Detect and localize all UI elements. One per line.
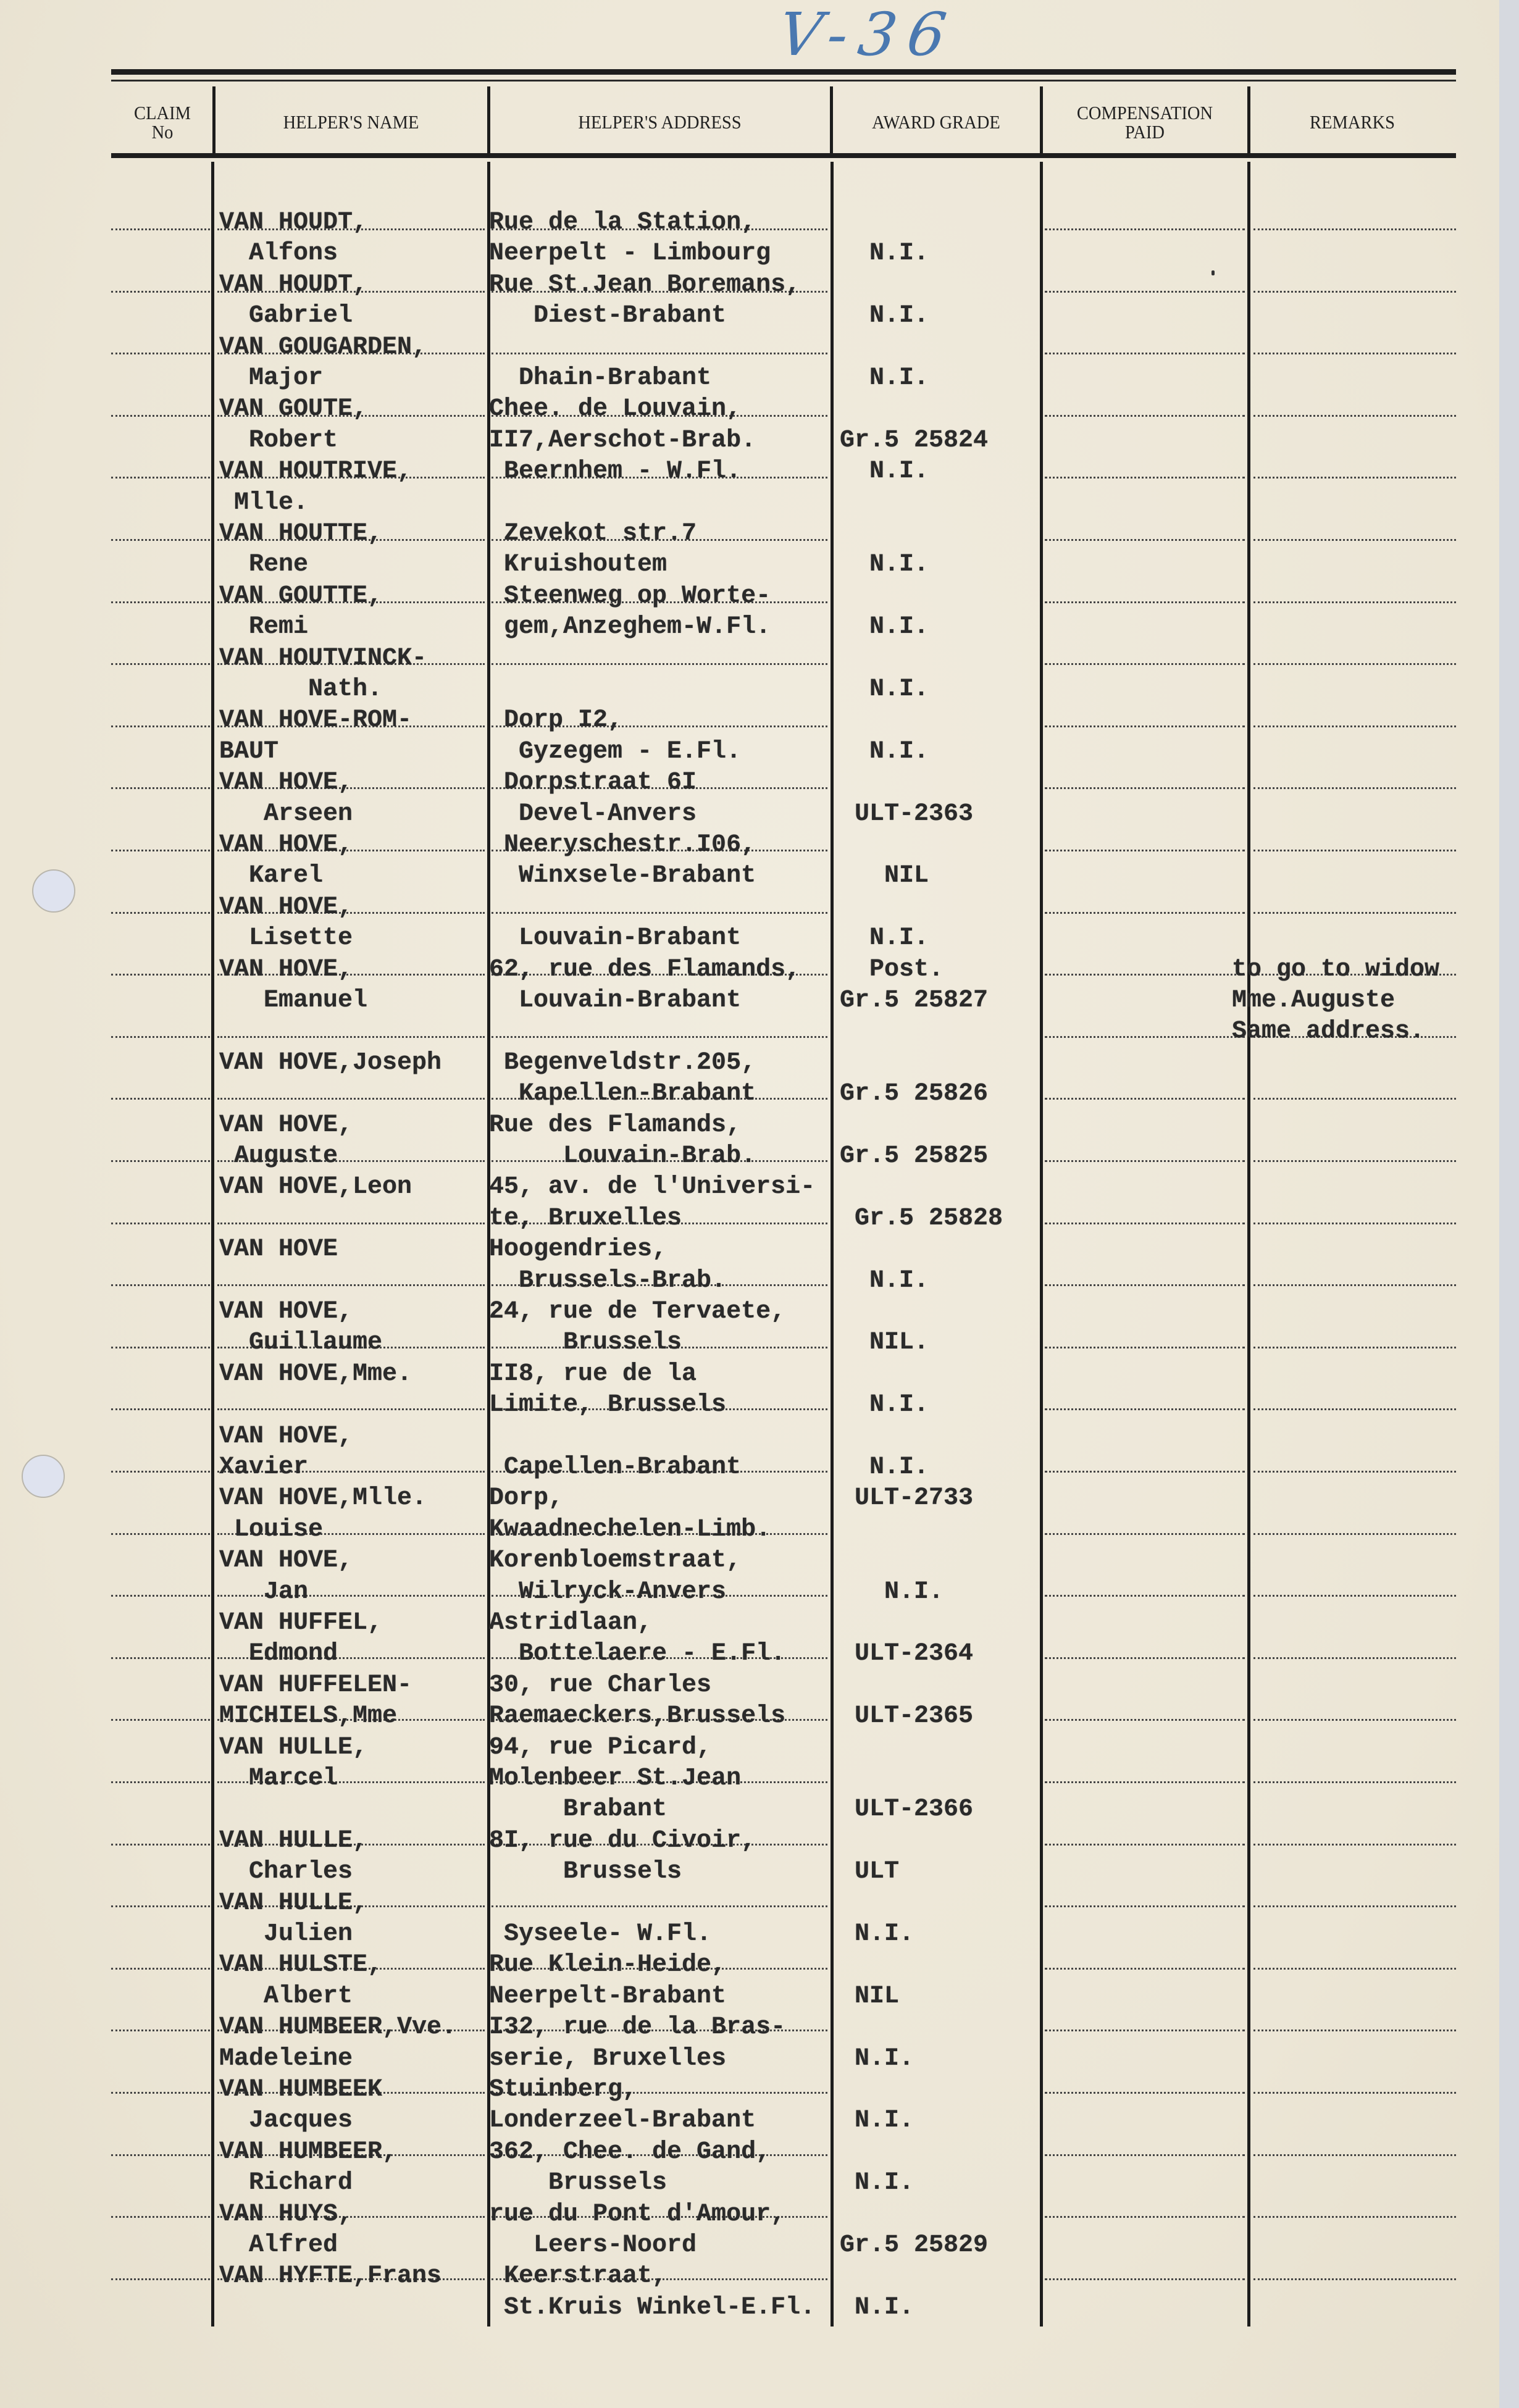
dotted-rule	[217, 1223, 485, 1224]
page-edge	[1499, 0, 1519, 2408]
table-cell-name: VAN HUMBEER,	[219, 2137, 397, 2168]
table-cell-award: N.I.	[840, 456, 929, 487]
dotted-rule	[1253, 1347, 1456, 1348]
dotted-rule	[1045, 2092, 1245, 2094]
table-cell-name: VAN HOUTRIVE,	[219, 456, 412, 487]
dotted-rule	[1045, 1408, 1245, 1410]
table-cell-award: Gr.5 25828	[840, 1203, 1003, 1234]
binder-hole	[32, 869, 75, 913]
dotted-rule	[1253, 291, 1456, 293]
dotted-rule	[1045, 850, 1245, 851]
table-cell-name: Mlle.	[219, 488, 308, 519]
table-cell-name: VAN HULLE,	[219, 1888, 367, 1919]
table-cell-name: VAN GOUGARDEN,	[219, 332, 427, 363]
dotted-rule	[111, 974, 210, 976]
dotted-rule	[1045, 2154, 1245, 2156]
table-cell-name: Edmond	[219, 1639, 338, 1670]
dotted-rule	[111, 1471, 210, 1473]
dotted-rule	[1253, 1968, 1456, 1970]
dotted-rule	[111, 1719, 210, 1721]
table-cell-address: Rue St.Jean Boremans,	[489, 270, 800, 301]
column-divider-compensation	[1040, 162, 1043, 2326]
ink-mark	[1211, 270, 1215, 275]
table-cell-address: 8I, rue du Civoir,	[489, 1826, 756, 1857]
dotted-rule	[1253, 1657, 1456, 1659]
table-cell-award: N.I.	[840, 301, 929, 332]
table-cell-address: Louvain-Brabant	[489, 923, 741, 954]
dotted-rule	[111, 850, 210, 851]
dotted-rule	[111, 1844, 210, 1846]
table-cell-address: Astridlaan,	[489, 1608, 652, 1639]
table-cell-name: Nath.	[219, 674, 382, 705]
document-page: V-36 CLAIM No HELPER'S NAME HELPER'S ADD…	[0, 0, 1519, 2408]
dotted-rule	[1045, 1098, 1245, 1100]
dotted-rule	[1253, 850, 1456, 851]
table-cell-name: VAN HUFFELEN-	[219, 1670, 412, 1701]
header-top-thin-rule	[111, 80, 1456, 82]
table-cell-address: Brussels-Brab.	[489, 1266, 726, 1297]
table-cell-name: VAN HOVE	[219, 1234, 338, 1265]
table-cell-address: Raemaeckers,Brussels	[489, 1701, 785, 1732]
table-cell-name: VAN HOVE,	[219, 1421, 353, 1452]
dotted-rule	[1045, 1719, 1245, 1721]
table-cell-address: Gyzegem - E.Fl.	[489, 737, 741, 767]
table-cell-name: VAN HOVE,	[219, 830, 353, 861]
table-cell-award: Gr.5 25826	[840, 1079, 988, 1110]
table-cell-name: Jacques	[219, 2105, 353, 2136]
table-cell-award: N.I.	[840, 612, 929, 643]
table-cell-award: NIL	[840, 1981, 899, 2012]
dotted-rule	[111, 1284, 210, 1286]
column-divider-remarks	[1247, 162, 1250, 2326]
column-header-remarks: REMARKS	[1257, 93, 1447, 151]
column-header-helpers-name: HELPER'S NAME	[225, 93, 477, 151]
table-cell-name: VAN GOUTE,	[219, 394, 367, 425]
table-cell-address: 362, Chee. de Gand,	[489, 2137, 771, 2168]
table-cell-award: Gr.5 25829	[840, 2230, 988, 2261]
dotted-rule	[1045, 539, 1245, 541]
table-cell-name: Karel	[219, 861, 323, 892]
dotted-rule	[1045, 1533, 1245, 1535]
dotted-rule	[111, 787, 210, 789]
table-cell-address: serie, Bruxelles	[489, 2044, 726, 2075]
table-cell-address: Keerstraat,	[489, 2261, 667, 2292]
dotted-rule	[217, 1036, 485, 1038]
table-cell-name: VAN HOVE,	[219, 1545, 353, 1576]
table-cell-name: Marcel	[219, 1763, 338, 1794]
header-divider	[212, 86, 216, 153]
dotted-rule	[1045, 787, 1245, 789]
dotted-rule	[1045, 663, 1245, 665]
table-cell-address: Stuinberg,	[489, 2075, 637, 2105]
table-cell-address: Hoogendries,	[489, 1234, 667, 1265]
table-cell-address: Dorp I2,	[489, 705, 622, 736]
column-header-compensation-paid: COMPENSATION PAID	[1049, 93, 1240, 151]
table-cell-address: Syseele- W.Fl.	[489, 1919, 711, 1950]
dotted-rule	[217, 1408, 485, 1410]
dotted-rule	[1045, 725, 1245, 727]
table-cell-address: Louvain-Brabant	[489, 985, 741, 1016]
table-cell-award: N.I.	[840, 737, 929, 767]
table-cell-name: VAN HULLE,	[219, 1733, 367, 1763]
table-cell-name: VAN HOVE,Mlle.	[219, 1483, 427, 1514]
table-cell-address: Rue des Flamands,	[489, 1110, 741, 1141]
table-cell-remarks: to go to widow	[1232, 955, 1439, 985]
header-divider	[830, 86, 833, 153]
dotted-rule	[492, 912, 827, 914]
dotted-rule	[492, 1905, 827, 1907]
table-cell-address: Leers-Noord	[489, 2230, 697, 2261]
table-cell-address: Steenweg op Worte-	[489, 581, 771, 612]
table-cell-address: Diest-Brabant	[489, 301, 726, 332]
table-cell-name: Rene	[219, 550, 308, 580]
table-cell-award: N.I.	[840, 1452, 929, 1483]
dotted-rule	[111, 1347, 210, 1348]
dotted-rule	[1253, 2092, 1456, 2094]
dotted-rule	[111, 725, 210, 727]
dotted-rule	[1045, 2216, 1245, 2218]
table-cell-award: N.I.	[840, 363, 929, 394]
table-cell-name: VAN HUMBEEK	[219, 2075, 382, 2105]
header-divider	[1040, 86, 1043, 153]
dotted-rule	[111, 539, 210, 541]
table-cell-award: ULT-2364	[840, 1639, 973, 1670]
dotted-rule	[111, 663, 210, 665]
dotted-rule	[111, 2030, 210, 2031]
table-cell-name: Xavier	[219, 1452, 308, 1483]
dotted-rule	[1253, 2154, 1456, 2156]
table-cell-award: N.I.	[840, 674, 929, 705]
dotted-rule	[111, 1036, 210, 1038]
table-cell-address: Rue de la Station,	[489, 207, 756, 238]
dotted-rule	[1253, 353, 1456, 354]
table-cell-address: Kapellen-Brabant	[489, 1079, 756, 1110]
table-cell-name: VAN GOUTTE,	[219, 581, 382, 612]
dotted-rule	[1045, 1844, 1245, 1846]
table-cell-address: Dorpstraat 6I	[489, 767, 697, 798]
table-cell-address: rue du Pont d'Amour,	[489, 2199, 785, 2230]
dotted-rule	[1045, 2030, 1245, 2031]
dotted-rule	[1253, 2030, 1456, 2031]
dotted-rule	[1045, 1781, 1245, 1783]
dotted-rule	[111, 601, 210, 603]
table-cell-address: Devel-Anvers	[489, 799, 697, 830]
table-cell-name: Remi	[219, 612, 308, 643]
table-cell-name: VAN HOVE,Leon	[219, 1172, 412, 1203]
dotted-rule	[111, 2278, 210, 2280]
dotted-rule	[1045, 1347, 1245, 1348]
dotted-rule	[1253, 725, 1456, 727]
table-cell-award: N.I.	[840, 2168, 914, 2199]
table-cell-name: VAN HUYS,	[219, 2199, 353, 2230]
dotted-rule	[1045, 1160, 1245, 1162]
table-cell-award: Gr.5 25825	[840, 1141, 988, 1172]
table-cell-name: BAUT	[219, 737, 278, 767]
column-header-helpers-address: HELPER'S ADDRESS	[502, 93, 818, 151]
dotted-rule	[111, 2216, 210, 2218]
dotted-rule	[1045, 1905, 1245, 1907]
table-cell-name: VAN HOVE-ROM-	[219, 705, 412, 736]
table-cell-address: te, Bruxelles	[489, 1203, 682, 1234]
table-cell-address: Limite, Brussels	[489, 1390, 726, 1421]
table-cell-address: Wilryck-Anvers	[489, 1577, 726, 1608]
table-cell-name: VAN HOUTVINCK-	[219, 643, 427, 674]
table-cell-address: Zevekot str.7	[489, 519, 697, 550]
dotted-rule	[1253, 1595, 1456, 1597]
table-cell-address: II7,Aerschot-Brab.	[489, 425, 756, 456]
table-cell-address: 30, rue Charles	[489, 1670, 711, 1701]
dotted-rule	[1253, 1781, 1456, 1783]
table-cell-award: N.I.	[840, 1577, 944, 1608]
table-cell-address: I32, rue de la Bras-	[489, 2012, 785, 2043]
table-cell-address: Molenbeer St.Jean	[489, 1763, 741, 1794]
table-cell-address: Louvain-Brab.	[489, 1141, 756, 1172]
dotted-rule	[1045, 291, 1245, 293]
dotted-rule	[111, 2154, 210, 2156]
dotted-rule	[111, 1968, 210, 1970]
dotted-rule	[1253, 415, 1456, 417]
dotted-rule	[1045, 1657, 1245, 1659]
dotted-rule	[111, 1533, 210, 1535]
dotted-rule	[111, 1781, 210, 1783]
table-cell-address: 62, rue des Flamands,	[489, 955, 800, 985]
table-cell-name: Auguste	[219, 1141, 338, 1172]
dotted-rule	[1045, 1968, 1245, 1970]
dotted-rule	[111, 912, 210, 914]
table-cell-name: Gabriel	[219, 301, 353, 332]
table-cell-address: gem,Anzeghem-W.Fl.	[489, 612, 771, 643]
table-cell-address: Dorp,	[489, 1483, 563, 1514]
dotted-rule	[1253, 228, 1456, 230]
dotted-rule	[1045, 912, 1245, 914]
dotted-rule	[492, 1036, 827, 1038]
table-cell-award: N.I.	[840, 2044, 914, 2075]
table-cell-name: Emanuel	[219, 985, 367, 1016]
table-cell-address: II8, rue de la	[489, 1359, 697, 1390]
table-cell-name: Arseen	[219, 799, 353, 830]
dotted-rule	[1045, 1471, 1245, 1473]
dotted-rule	[217, 1098, 485, 1100]
table-cell-address: Korenbloemstraat,	[489, 1545, 741, 1576]
dotted-rule	[111, 1657, 210, 1659]
table-cell-award: ULT-2363	[840, 799, 973, 830]
table-cell-award: NIL.	[840, 1327, 929, 1358]
table-cell-address: Kruishoutem	[489, 550, 667, 580]
dotted-rule	[1045, 1036, 1245, 1038]
table-cell-award: ULT-2365	[840, 1701, 973, 1732]
dotted-rule	[1045, 1284, 1245, 1286]
dotted-rule	[111, 1905, 210, 1907]
table-cell-award: N.I.	[840, 238, 929, 269]
table-cell-award: N.I.	[840, 1919, 914, 1950]
table-cell-name: VAN HOUDT,	[219, 270, 367, 301]
table-cell-address: 24, rue de Tervaete,	[489, 1297, 785, 1327]
column-divider-name	[211, 162, 214, 2326]
table-cell-address: Neeryschestr.I06,	[489, 830, 756, 861]
table-cell-award: ULT-2733	[840, 1483, 973, 1514]
dotted-rule	[111, 1595, 210, 1597]
table-cell-address: Kwaadnechelen-Limb.	[489, 1515, 771, 1545]
table-cell-address: 94, rue Picard,	[489, 1733, 711, 1763]
dotted-rule	[1045, 228, 1245, 230]
dotted-rule	[111, 1223, 210, 1224]
dotted-rule	[1045, 2278, 1245, 2280]
table-cell-address: Neerpelt - Limbourg	[489, 238, 771, 269]
table-cell-address: 45, av. de l'Universi-	[489, 1172, 815, 1203]
table-cell-name: VAN HULLE,	[219, 1826, 367, 1857]
table-cell-name: VAN HOVE,Joseph	[219, 1048, 441, 1079]
table-cell-address: St.Kruis Winkel-E.Fl.	[489, 2293, 815, 2323]
dotted-rule	[1253, 601, 1456, 603]
table-cell-address: Begenveldstr.205,	[489, 1048, 756, 1079]
table-cell-name: Alfons	[219, 238, 338, 269]
dotted-rule	[111, 1098, 210, 1100]
dotted-rule	[1253, 787, 1456, 789]
dotted-rule	[1253, 1284, 1456, 1286]
table-cell-award: NIL	[840, 861, 929, 892]
table-cell-award: N.I.	[840, 1390, 929, 1421]
table-cell-award: ULT	[840, 1857, 899, 1888]
table-cell-name: Albert	[219, 1981, 353, 2012]
table-cell-name: VAN HULSTE,	[219, 1950, 382, 1981]
table-cell-name: VAN HOUDT,	[219, 207, 367, 238]
dotted-rule	[111, 291, 210, 293]
header-divider	[487, 86, 490, 153]
table-cell-award: Gr.5 25827	[840, 985, 988, 1016]
table-cell-name: Jan	[219, 1577, 308, 1608]
table-cell-address: Capellen-Brabant	[489, 1452, 741, 1483]
table-cell-award: Gr.5 25824	[840, 425, 988, 456]
table-cell-remarks: Mme.Auguste	[1232, 985, 1395, 1016]
header-divider	[1247, 86, 1250, 153]
binder-hole	[22, 1455, 65, 1498]
table-cell-name: VAN HOUTTE,	[219, 519, 382, 550]
table-cell-name: Major	[219, 363, 323, 394]
column-header-claim-no: CLAIM No	[115, 93, 210, 151]
dotted-rule	[1253, 1408, 1456, 1410]
dotted-rule	[111, 1160, 210, 1162]
table-cell-award: Post.	[840, 955, 944, 985]
dotted-rule	[111, 415, 210, 417]
table-cell-award: N.I.	[840, 1266, 929, 1297]
dotted-rule	[492, 353, 827, 354]
dotted-rule	[1045, 1595, 1245, 1597]
table-cell-name: VAN HUMBEER,Vve.	[219, 2012, 456, 2043]
table-cell-name: Julien	[219, 1919, 353, 1950]
dotted-rule	[1045, 601, 1245, 603]
table-cell-name: Guillaume	[219, 1327, 382, 1358]
table-cell-award: N.I.	[840, 550, 929, 580]
dotted-rule	[1253, 539, 1456, 541]
dotted-rule	[492, 663, 827, 665]
table-cell-name: VAN HOVE,	[219, 1110, 353, 1141]
table-cell-address: Chee. de Louvain,	[489, 394, 741, 425]
dotted-rule	[1253, 477, 1456, 479]
dotted-rule	[111, 1408, 210, 1410]
table-cell-name: VAN HYFTE,Frans	[219, 2261, 441, 2292]
dotted-rule	[1253, 912, 1456, 914]
table-cell-award: ULT-2366	[840, 1794, 973, 1825]
table-cell-name: VAN HOVE,	[219, 892, 353, 923]
table-cell-name: VAN HOVE,	[219, 767, 353, 798]
table-cell-name: Lisette	[219, 923, 353, 954]
dotted-rule	[111, 2092, 210, 2094]
dotted-rule	[1253, 1719, 1456, 1721]
dotted-rule	[1045, 415, 1245, 417]
table-cell-address: Winxsele-Brabant	[489, 861, 756, 892]
dotted-rule	[1253, 663, 1456, 665]
table-cell-name: VAN HUFFEL,	[219, 1608, 382, 1639]
table-cell-address: Brussels	[489, 1327, 682, 1358]
table-cell-name: VAN HOVE,	[219, 1297, 353, 1327]
table-cell-name: Louise	[219, 1515, 323, 1545]
table-cell-name: Madeleine	[219, 2044, 353, 2075]
table-cell-name: Richard	[219, 2168, 353, 2199]
column-header-award-grade: AWARD GRADE	[840, 93, 1033, 151]
table-cell-name: Charles	[219, 1857, 353, 1888]
dotted-rule	[1253, 1471, 1456, 1473]
table-cell-award: N.I.	[840, 2293, 914, 2323]
table-cell-address: Beernhem - W.Fl.	[489, 456, 741, 487]
table-cell-address: Bottelaere - E.Fl.	[489, 1639, 785, 1670]
dotted-rule	[1045, 1223, 1245, 1224]
dotted-rule	[111, 353, 210, 354]
table-cell-name: Robert	[219, 425, 338, 456]
table-cell-address: Brussels	[489, 2168, 667, 2199]
table-cell-address: Dhain-Brabant	[489, 363, 711, 394]
dotted-rule	[1045, 353, 1245, 354]
table-cell-award: N.I.	[840, 923, 929, 954]
dotted-rule	[111, 228, 210, 230]
dotted-rule	[1253, 1905, 1456, 1907]
table-cell-remarks: Same address.	[1232, 1016, 1425, 1047]
header-bottom-rule	[111, 153, 1456, 158]
table-cell-name: MICHIELS,Mme	[219, 1701, 397, 1732]
dotted-rule	[1253, 2216, 1456, 2218]
dotted-rule	[1253, 2278, 1456, 2280]
header-top-rule	[111, 69, 1456, 75]
dotted-rule	[1253, 1844, 1456, 1846]
dotted-rule	[1253, 1098, 1456, 1100]
table-cell-address: Neerpelt-Brabant	[489, 1981, 726, 2012]
table-cell-name: VAN HOVE,	[219, 955, 353, 985]
dotted-rule	[217, 1284, 485, 1286]
column-divider-award	[831, 162, 834, 2326]
table-cell-name: VAN HOVE,Mme.	[219, 1359, 412, 1390]
table-cell-award: N.I.	[840, 2105, 914, 2136]
table-cell-name: Alfred	[219, 2230, 338, 2261]
table-cell-address: Brussels	[489, 1857, 682, 1888]
dotted-rule	[1045, 974, 1245, 976]
dotted-rule	[1253, 1533, 1456, 1535]
table-cell-address: Londerzeel-Brabant	[489, 2105, 756, 2136]
table-cell-address: Rue Klein-Heide,	[489, 1950, 726, 1981]
dotted-rule	[1045, 477, 1245, 479]
handwritten-reference: V-36	[774, 0, 961, 69]
dotted-rule	[111, 477, 210, 479]
table-cell-address: Brabant	[489, 1794, 667, 1825]
dotted-rule	[1253, 1160, 1456, 1162]
dotted-rule	[1253, 1223, 1456, 1224]
